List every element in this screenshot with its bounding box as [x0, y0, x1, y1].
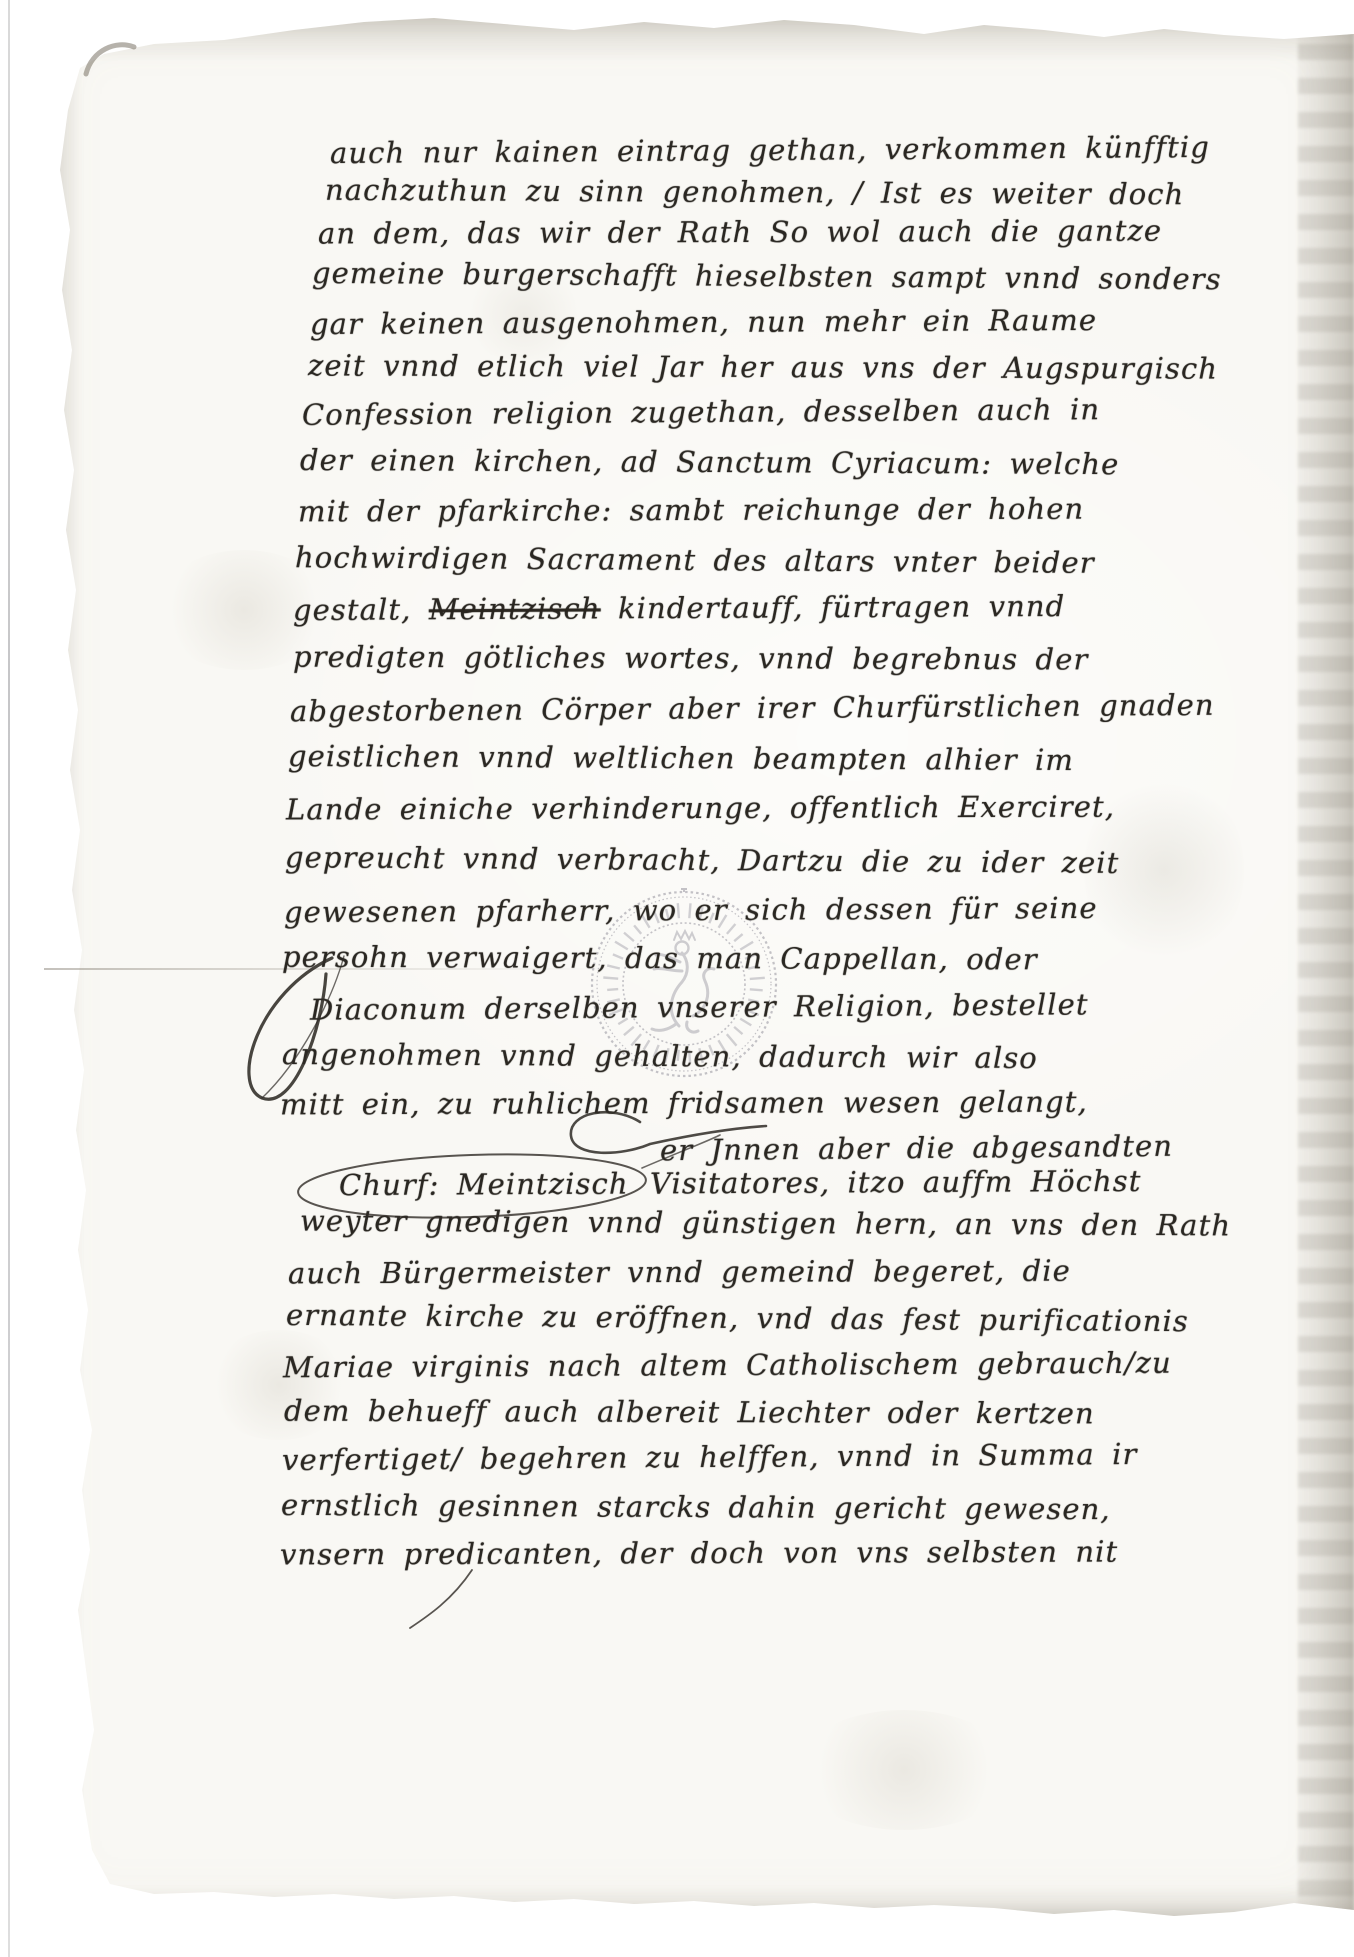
manuscript-line-text: auch nur kainen eintrag gethan, verkomme… [330, 130, 1210, 170]
paper-stain [794, 1710, 1014, 1830]
manuscript-line-text: vnsern predicanten, der doch von vns sel… [280, 1535, 1118, 1572]
manuscript-line: auch nur kainen eintrag gethan, verkomme… [330, 129, 1210, 171]
manuscript-line: gewesenen pfarherr, wo er sich dessen fü… [284, 890, 1098, 930]
manuscript-line: nachzuthun zu sinn genohmen, / Ist es we… [325, 172, 1185, 212]
manuscript-line: hochwirdigen Sacrament des altars vnter … [295, 539, 1095, 581]
manuscript-line-text: Visitatores, itzo auffm Höchst [633, 1164, 1142, 1201]
manuscript-line-text: gemeine burgerschafft hieselbsten sampt … [312, 256, 1222, 296]
paper-top-edge [34, 10, 1354, 62]
manuscript-line-text: er Jnnen aber die abgesandten [660, 1129, 1173, 1167]
manuscript-line-text: abgestorbenen Cörper aber irer Churfürst… [290, 688, 1215, 728]
manuscript-line: an dem, das wir der Rath So wol auch die… [318, 213, 1162, 252]
manuscript-line-text: Mariae virginis nach altem Catholischem … [283, 1346, 1172, 1385]
manuscript-line-text: der einen kirchen, ad Sanctum Cyriacum: … [300, 443, 1120, 481]
manuscript-line-text: Diaconum derselben vnserer Religion, bes… [310, 987, 1089, 1026]
manuscript-line: ernante kirche zu eröffnen, vnd das fest… [286, 1297, 1189, 1339]
manuscript-line-text: gestalt, [293, 592, 429, 627]
manuscript-line-text: weyter gnedigen vnnd günstigen hern, an … [300, 1204, 1231, 1243]
scan-background: { "scan": { "background_color": "#ffffff… [0, 0, 1354, 1957]
manuscript-line: geistlichen vnnd weltlichen beampten alh… [288, 738, 1074, 778]
manuscript-line: vnsern predicanten, der doch von vns sel… [280, 1534, 1118, 1573]
manuscript-line: auch Bürgermeister vnnd gemeind begeret,… [288, 1253, 1071, 1292]
manuscript-line-text: zeit vnnd etlich viel Jar her aus vns de… [308, 348, 1218, 385]
manuscript-line: verfertiget/ begehren zu helffen, vnnd i… [282, 1436, 1138, 1478]
manuscript-line-text: gepreucht vnnd verbracht, Dartzu die zu … [285, 840, 1120, 880]
manuscript-line-text: ernstlich gesinnen starcks dahin gericht… [281, 1488, 1111, 1526]
manuscript-line-text: hochwirdigen Sacrament des altars vnter … [295, 540, 1095, 580]
manuscript-line-text: predigten götliches wortes, vnnd begrebn… [293, 640, 1089, 677]
manuscript-line: ernstlich gesinnen starcks dahin gericht… [281, 1487, 1111, 1527]
manuscript-line-text: mitt ein, zu ruhlichem fridsamen wesen g… [280, 1085, 1088, 1122]
manuscript-line: mitt ein, zu ruhlichem fridsamen wesen g… [280, 1084, 1088, 1123]
manuscript-line: mit der pfarkirche: sambt reichunge der … [298, 491, 1084, 530]
manuscript-circled-text: Churf: Meintzisch [335, 1167, 633, 1203]
manuscript-line: Diaconum derselben vnserer Religion, bes… [310, 986, 1089, 1027]
manuscript-line-text: Lande einiche verhinderunge, offentlich … [286, 790, 1115, 827]
manuscript-line: gemeine burgerschafft hieselbsten sampt … [312, 255, 1222, 297]
manuscript-line: gepreucht vnnd verbracht, Dartzu die zu … [285, 839, 1120, 881]
manuscript-line-text: verfertiget/ begehren zu helffen, vnnd i… [282, 1437, 1138, 1477]
paper-bottom-edge [34, 1887, 1354, 1925]
manuscript-line: der einen kirchen, ad Sanctum Cyriacum: … [300, 442, 1120, 482]
manuscript-line-text: angenohmen vnnd gehalten, dadurch wir al… [282, 1037, 1038, 1075]
manuscript-line: Mariae virginis nach altem Catholischem … [283, 1345, 1172, 1386]
manuscript-line-text: gar keinen ausgenohmen, nun mehr ein Rau… [310, 303, 1097, 341]
film-edge-line [8, 0, 10, 1957]
manuscript-line-text: auch Bürgermeister vnnd gemeind begeret,… [288, 1254, 1071, 1291]
manuscript-line: gar keinen ausgenohmen, nun mehr ein Rau… [310, 302, 1097, 342]
manuscript-line: Confession religion zugethan, desselben … [302, 391, 1100, 433]
manuscript-line: angenohmen vnnd gehalten, dadurch wir al… [282, 1036, 1038, 1076]
manuscript-line-text: dem behueff auch albereit Liechter oder … [284, 1394, 1095, 1431]
manuscript-line-text: gewesenen pfarherr, wo er sich dessen fü… [284, 891, 1098, 929]
manuscript-line-text: Confession religion zugethan, desselben … [302, 392, 1100, 432]
manuscript-line-text: geistlichen vnnd weltlichen beampten alh… [288, 739, 1074, 777]
manuscript-line-text: an dem, das wir der Rath So wol auch die… [318, 214, 1162, 251]
manuscript-line: predigten götliches wortes, vnnd begrebn… [293, 639, 1089, 678]
manuscript-line: Lande einiche verhinderunge, offentlich … [286, 789, 1115, 828]
manuscript-line: zeit vnnd etlich viel Jar her aus vns de… [308, 347, 1218, 386]
manuscript-strike-text: Meintzisch [429, 591, 601, 626]
manuscript-line-text: kindertauff, fürtragen vnnd [601, 589, 1066, 625]
manuscript-line-text: persohn verwaigert, das man Cappellan, o… [282, 940, 1038, 977]
manuscript-line-text: nachzuthun zu sinn genohmen, / Ist es we… [325, 173, 1185, 211]
manuscript-line: gestalt, Meintzisch kindertauff, fürtrag… [293, 588, 1065, 628]
manuscript-line: weyter gnedigen vnnd günstigen hern, an … [300, 1203, 1231, 1244]
manuscript-line: persohn verwaigert, das man Cappellan, o… [282, 939, 1038, 978]
manuscript-line: Churf: Meintzisch Visitatores, itzo auff… [335, 1163, 1142, 1203]
manuscript-line: dem behueff auch albereit Liechter oder … [284, 1393, 1095, 1432]
manuscript-line: abgestorbenen Cörper aber irer Churfürst… [290, 687, 1215, 729]
manuscript-line-text: ernante kirche zu eröffnen, vnd das fest… [286, 1298, 1189, 1338]
manuscript-line-text: mit der pfarkirche: sambt reichunge der … [298, 492, 1084, 529]
paper-right-edge [1298, 10, 1354, 1925]
